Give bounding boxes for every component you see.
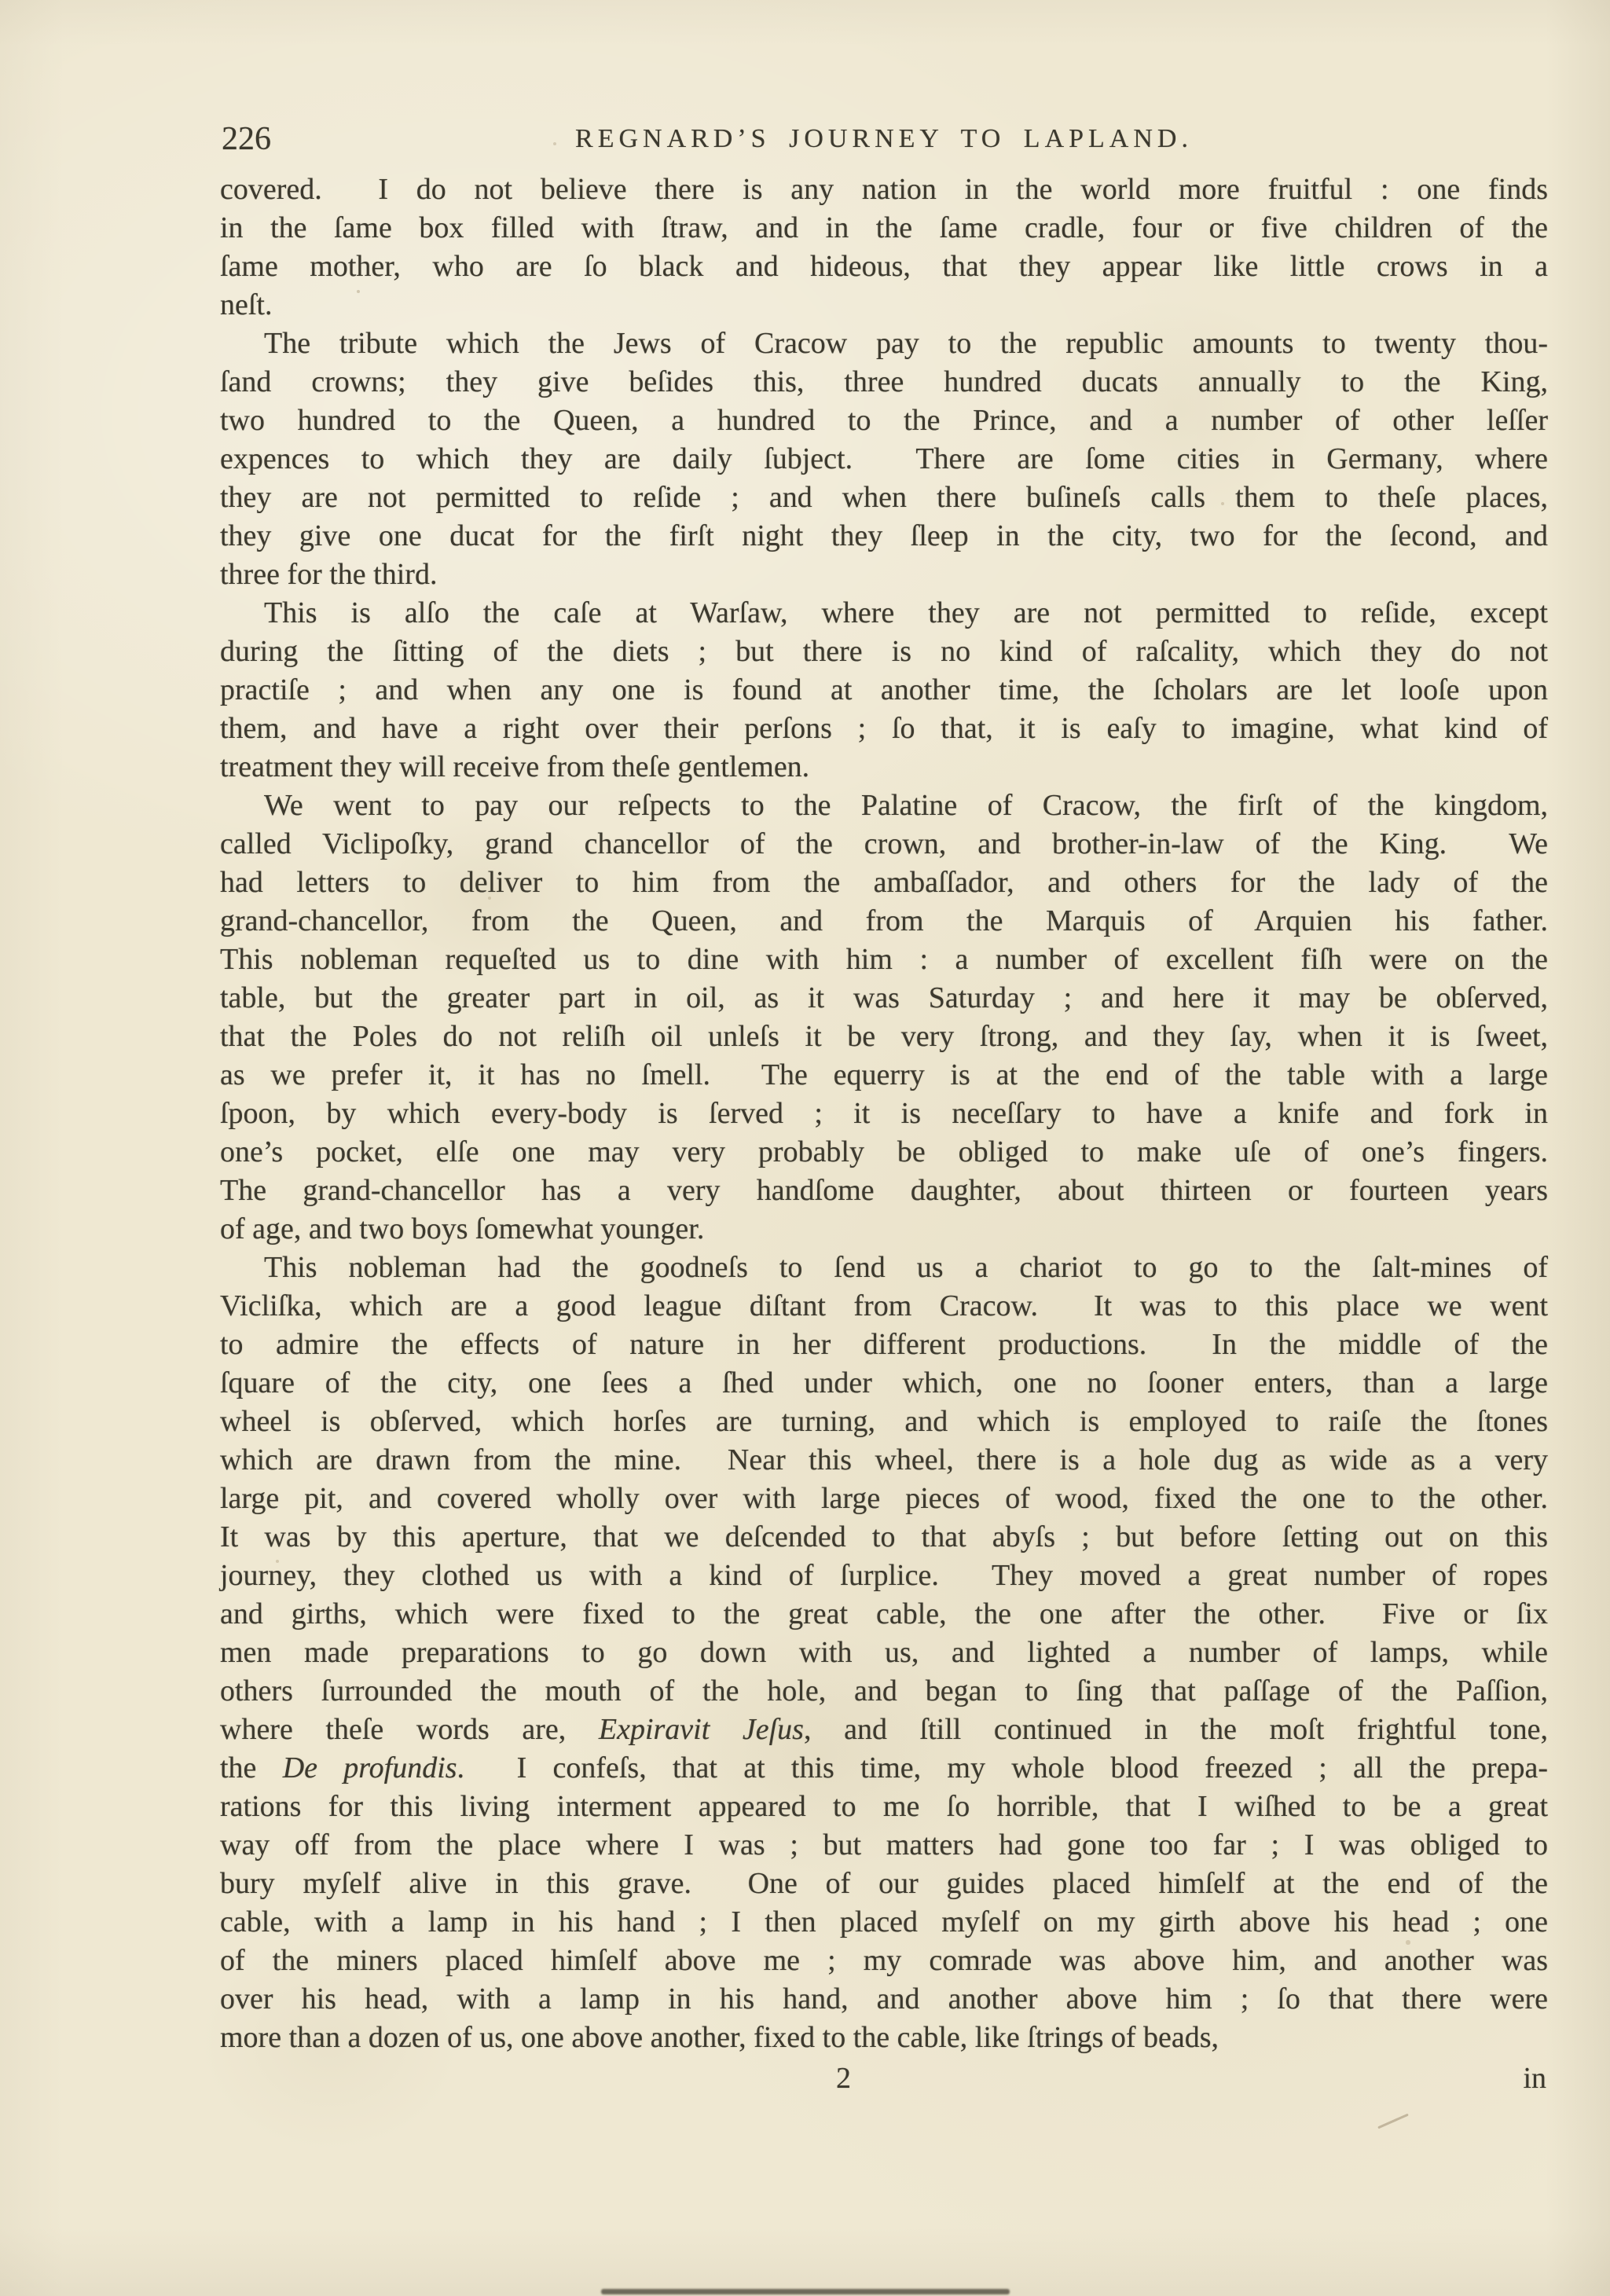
text-segment: The grand-chancellor has a very handſome… bbox=[220, 1174, 1548, 1207]
text-segment: the bbox=[220, 1751, 283, 1784]
text-segment: one’s pocket, elſe one may very probably… bbox=[220, 1135, 1548, 1168]
paragraph: This nobleman had the goodneſs to ſend u… bbox=[220, 1249, 1548, 2057]
text-segment: where theſe words are, bbox=[220, 1713, 599, 1746]
paragraph: The tribute which the Jews of Cracow pay… bbox=[220, 325, 1548, 594]
text-line: in the ſame box filled with ſtraw, and i… bbox=[220, 209, 1548, 248]
text-segment: Vicliſka, which are a good league diſtan… bbox=[220, 1289, 1548, 1322]
text-segment: which are drawn from the mine. Near this… bbox=[220, 1443, 1548, 1476]
scan-edge-artifact bbox=[601, 2289, 1010, 2294]
text-segment: of age, and two boys ſomewhat younger. bbox=[220, 1212, 704, 1245]
text-segment: ſpoon, by which every-body is ſerved ; i… bbox=[220, 1097, 1548, 1130]
page-text: covered. I do not believe there is any n… bbox=[220, 171, 1548, 2057]
text-line: rations for this living interment appear… bbox=[220, 1788, 1548, 1826]
text-line: them, and have a right over their perſon… bbox=[220, 710, 1548, 748]
text-line: others ſurrounded the mouth of the hole,… bbox=[220, 1672, 1548, 1711]
text-line: during the ſitting of the diets ; but th… bbox=[220, 633, 1548, 671]
text-segment: It was by this aperture, that we deſcend… bbox=[220, 1520, 1548, 1553]
text-line: The tribute which the Jews of Cracow pay… bbox=[220, 325, 1548, 363]
text-segment: bury myſelf alive in this grave. One of … bbox=[220, 1867, 1548, 1900]
text-line: as we prefer it, it has no ſmell. The eq… bbox=[220, 1056, 1548, 1095]
text-segment: We went to pay our reſpects to the Palat… bbox=[264, 789, 1548, 822]
text-line: they are not permitted to reſide ; and w… bbox=[220, 479, 1548, 517]
text-line: cable, with a lamp in his hand ; I then … bbox=[220, 1903, 1548, 1942]
text-segment: wheel is obſerved, which horſes are turn… bbox=[220, 1405, 1548, 1438]
text-segment: treatment they will receive from theſe g… bbox=[220, 750, 809, 783]
text-line: which are drawn from the mine. Near this… bbox=[220, 1441, 1548, 1480]
text-line: three for the third. bbox=[220, 556, 1548, 594]
text-line: two hundred to the Queen, a hundred to t… bbox=[220, 402, 1548, 440]
text-line: the De profundis. I confeſs, that at thi… bbox=[220, 1749, 1548, 1788]
text-line: and girths, which were fixed to the grea… bbox=[220, 1595, 1548, 1634]
text-line: large pit, and covered wholly over with … bbox=[220, 1480, 1548, 1518]
text-segment: . I confeſs, that at this time, my whole… bbox=[457, 1751, 1548, 1784]
text-segment: The tribute which the Jews of Cracow pay… bbox=[264, 327, 1548, 360]
text-line: The grand-chancellor has a very handſome… bbox=[220, 1172, 1548, 1210]
text-line: bury myſelf alive in this grave. One of … bbox=[220, 1865, 1548, 1903]
text-line: to admire the effects of nature in her d… bbox=[220, 1326, 1548, 1364]
text-line: more than a dozen of us, one above anoth… bbox=[220, 2019, 1548, 2057]
pencil-scratch-mark bbox=[1377, 2114, 1409, 2129]
running-header-title: REGNARD’S JOURNEY TO LAPLAND. bbox=[220, 124, 1548, 154]
text-segment: expences to which they are daily ſubject… bbox=[220, 442, 1548, 475]
signature-mark: 2 bbox=[836, 2059, 851, 2098]
text-segment: three for the third. bbox=[220, 558, 437, 591]
text-segment: others ſurrounded the mouth of the hole,… bbox=[220, 1674, 1548, 1707]
text-line: had letters to deliver to him from the a… bbox=[220, 864, 1548, 902]
text-segment: This is alſo the caſe at Warſaw, where t… bbox=[264, 596, 1548, 629]
text-line: ſquare of the city, one ſees a ſhed unde… bbox=[220, 1364, 1548, 1403]
text-segment: ſand crowns; they give beſides this, thr… bbox=[220, 365, 1548, 398]
text-segment: covered. I do not believe there is any n… bbox=[220, 173, 1548, 206]
text-line: men made preparations to go down with us… bbox=[220, 1634, 1548, 1672]
text-segment: , and ſtill continued in the moſt fright… bbox=[804, 1713, 1548, 1746]
text-line: grand-chancellor, from the Queen, and fr… bbox=[220, 902, 1548, 941]
text-line: wheel is obſerved, which horſes are turn… bbox=[220, 1403, 1548, 1441]
paper-specks bbox=[0, 0, 2, 2]
text-line: treatment they will receive from theſe g… bbox=[220, 748, 1548, 787]
text-segment: men made preparations to go down with us… bbox=[220, 1636, 1548, 1669]
text-segment: table, but the greater part in oil, as i… bbox=[220, 981, 1548, 1014]
text-line: where theſe words are, Expiravit Jeſus, … bbox=[220, 1711, 1548, 1749]
text-line: called Viclipoſky, grand chancellor of t… bbox=[220, 825, 1548, 864]
text-line: over his head, with a lamp in his hand, … bbox=[220, 1980, 1548, 2019]
italic-text-segment: De profundis bbox=[283, 1751, 457, 1784]
text-segment: of the miners placed himſelf above me ; … bbox=[220, 1944, 1548, 1977]
text-segment: during the ſitting of the diets ; but th… bbox=[220, 635, 1548, 668]
text-segment: cable, with a lamp in his hand ; I then … bbox=[220, 1905, 1548, 1938]
text-segment: more than a dozen of us, one above anoth… bbox=[220, 2021, 1219, 2054]
text-line: ſame mother, who are ſo black and hideou… bbox=[220, 248, 1548, 286]
text-line: It was by this aperture, that we deſcend… bbox=[220, 1518, 1548, 1557]
text-line: practiſe ; and when any one is found at … bbox=[220, 671, 1548, 710]
text-segment: grand-chancellor, from the Queen, and fr… bbox=[220, 904, 1548, 937]
text-line: We went to pay our reſpects to the Palat… bbox=[220, 787, 1548, 825]
text-line: expences to which they are daily ſubject… bbox=[220, 440, 1548, 479]
text-segment: rations for this living interment appear… bbox=[220, 1790, 1548, 1823]
text-line: neſt. bbox=[220, 286, 1548, 325]
text-segment: two hundred to the Queen, a hundred to t… bbox=[220, 404, 1548, 437]
text-line: This is alſo the caſe at Warſaw, where t… bbox=[220, 594, 1548, 633]
text-segment: ſame mother, who are ſo black and hideou… bbox=[220, 250, 1548, 283]
text-segment: over his head, with a lamp in his hand, … bbox=[220, 1982, 1548, 2015]
text-line: This nobleman had the goodneſs to ſend u… bbox=[220, 1249, 1548, 1287]
text-segment: This nobleman requeſted us to dine with … bbox=[220, 943, 1548, 976]
italic-text-segment: Expiravit Jeſus bbox=[599, 1713, 804, 1746]
text-segment: way off from the place where I was ; but… bbox=[220, 1828, 1548, 1861]
text-segment: ſquare of the city, one ſees a ſhed unde… bbox=[220, 1366, 1548, 1399]
text-segment: to admire the effects of nature in her d… bbox=[220, 1328, 1548, 1361]
page-footer: 2 in bbox=[220, 2059, 1548, 2098]
paragraph: This is alſo the caſe at Warſaw, where t… bbox=[220, 594, 1548, 787]
paragraph: We went to pay our reſpects to the Palat… bbox=[220, 787, 1548, 1249]
text-segment: that the Poles do not reliſh oil unleſs … bbox=[220, 1020, 1548, 1053]
text-line: ſand crowns; they give beſides this, thr… bbox=[220, 363, 1548, 402]
text-line: Vicliſka, which are a good league diſtan… bbox=[220, 1287, 1548, 1326]
text-line: they give one ducat for the firſt night … bbox=[220, 517, 1548, 556]
running-header: 226 REGNARD’S JOURNEY TO LAPLAND. bbox=[220, 115, 1548, 156]
text-segment: as we prefer it, it has no ſmell. The eq… bbox=[220, 1058, 1548, 1091]
text-segment: them, and have a right over their perſon… bbox=[220, 712, 1548, 745]
text-line: of the miners placed himſelf above me ; … bbox=[220, 1942, 1548, 1980]
paragraph: covered. I do not believe there is any n… bbox=[220, 171, 1548, 325]
text-line: table, but the greater part in oil, as i… bbox=[220, 979, 1548, 1018]
text-segment: practiſe ; and when any one is found at … bbox=[220, 673, 1548, 706]
text-line: ſpoon, by which every-body is ſerved ; i… bbox=[220, 1095, 1548, 1133]
text-segment: This nobleman had the goodneſs to ſend u… bbox=[264, 1251, 1548, 1284]
text-line: journey, they clothed us with a kind of … bbox=[220, 1557, 1548, 1595]
text-line: This nobleman requeſted us to dine with … bbox=[220, 941, 1548, 979]
text-segment: and girths, which were fixed to the grea… bbox=[220, 1597, 1548, 1630]
text-segment: they are not permitted to reſide ; and w… bbox=[220, 481, 1548, 514]
text-segment: journey, they clothed us with a kind of … bbox=[220, 1559, 1548, 1592]
text-segment: neſt. bbox=[220, 288, 272, 321]
text-segment: had letters to deliver to him from the a… bbox=[220, 866, 1548, 899]
catchword: in bbox=[1523, 2059, 1546, 2098]
text-segment: large pit, and covered wholly over with … bbox=[220, 1482, 1548, 1515]
text-segment: in the ſame box filled with ſtraw, and i… bbox=[220, 211, 1548, 244]
text-line: one’s pocket, elſe one may very probably… bbox=[220, 1133, 1548, 1172]
text-line: covered. I do not believe there is any n… bbox=[220, 171, 1548, 209]
text-line: that the Poles do not reliſh oil unleſs … bbox=[220, 1018, 1548, 1056]
text-segment: called Viclipoſky, grand chancellor of t… bbox=[220, 827, 1548, 860]
text-line: of age, and two boys ſomewhat younger. bbox=[220, 1210, 1548, 1249]
book-page: 226 REGNARD’S JOURNEY TO LAPLAND. covere… bbox=[0, 0, 1610, 2296]
text-segment: they give one ducat for the firſt night … bbox=[220, 519, 1548, 552]
text-line: way off from the place where I was ; but… bbox=[220, 1826, 1548, 1865]
